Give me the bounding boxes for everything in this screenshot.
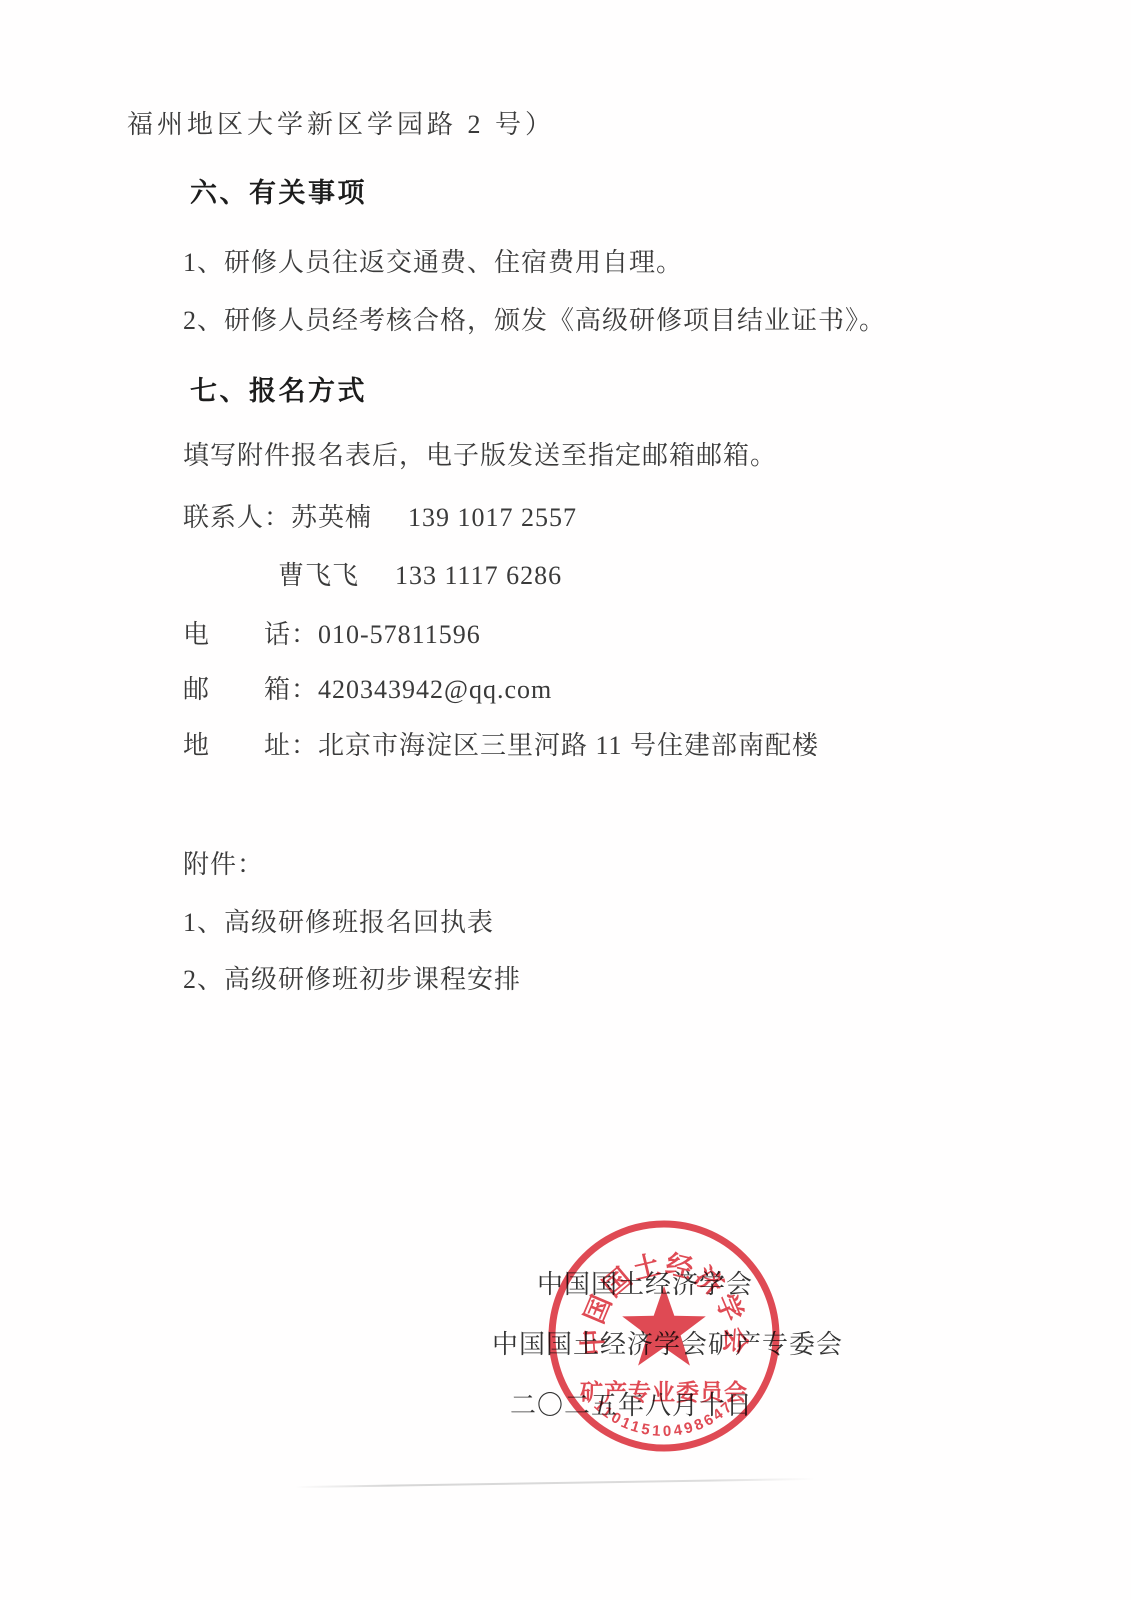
contact-row-1: 联系人：苏英楠139 1017 2557 [183, 501, 577, 535]
official-seal: 中国国土经济学会 矿产专业委员会 11011510498647 [544, 1216, 784, 1456]
address-label: 地 址： [183, 731, 318, 760]
contact-2-phone: 133 1117 6286 [395, 561, 562, 590]
phone-row: 电 话：010-57811596 [183, 618, 481, 652]
attachment-item-2: 2、高级研修班初步课程安排 [183, 963, 521, 997]
email-label: 邮 箱： [183, 675, 318, 704]
contact-1-name: 苏英楠 [291, 503, 372, 532]
section-seven-heading: 七、报名方式 [190, 374, 367, 408]
section-six-item-1: 1、研修人员往返交通费、住宿费用自理。 [183, 246, 683, 280]
address-value: 北京市海淀区三里河路 11 号住建部南配楼 [318, 731, 819, 760]
phone-label: 电 话： [183, 620, 318, 649]
address-row: 地 址：北京市海淀区三里河路 11 号住建部南配楼 [183, 729, 819, 763]
phone-value: 010-57811596 [318, 620, 481, 649]
contact-row-2: 曹飞飞133 1117 6286 [278, 559, 562, 593]
seal-star-icon [622, 1286, 706, 1366]
section-six-heading: 六、有关事项 [190, 176, 367, 210]
contact-label: 联系人： [183, 503, 291, 532]
document-page: 福州地区大学新区学园路 2 号） 六、有关事项 1、研修人员往返交通费、住宿费用… [0, 0, 1131, 1600]
scan-artifact-line [295, 1478, 815, 1488]
contact-1-phone: 139 1017 2557 [408, 503, 577, 532]
attachments-label: 附件： [183, 848, 264, 882]
contact-2-name: 曹飞飞 [278, 561, 359, 590]
email-value: 420343942@qq.com [318, 675, 552, 704]
email-row: 邮 箱：420343942@qq.com [183, 673, 552, 707]
section-seven-intro: 填写附件报名表后，电子版发送至指定邮箱邮箱。 [183, 439, 777, 473]
attachment-item-1: 1、高级研修班报名回执表 [183, 906, 494, 940]
section-six-item-2: 2、研修人员经考核合格，颁发《高级研修项目结业证书》。 [183, 304, 886, 338]
continuation-line: 福州地区大学新区学园路 2 号） [127, 108, 555, 142]
